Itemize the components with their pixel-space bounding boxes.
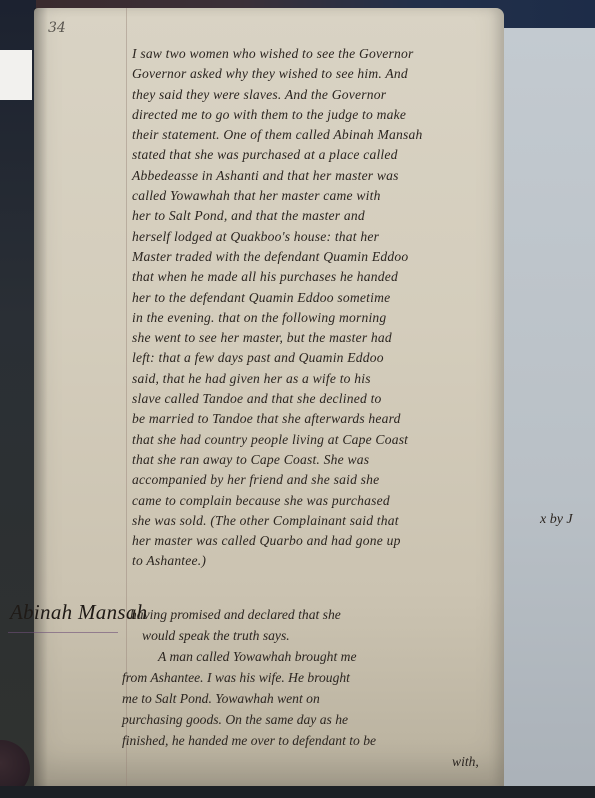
statement-line: left: that a few days past and Quamin Ed… — [132, 348, 492, 368]
statement-line: Abbedeasse in Ashanti and that her maste… — [132, 166, 492, 186]
testimony-line: from Ashantee. I was his wife. He brough… — [122, 667, 502, 688]
statement-line: they said they were slaves. And the Gove… — [132, 85, 492, 105]
statement-line: Governor asked why they wished to see hi… — [132, 64, 492, 84]
statement-line: slave called Tandoe and that she decline… — [132, 389, 492, 409]
testimony-line: having promised and declared that she — [122, 604, 502, 625]
statement-line: in the evening. that on the following mo… — [132, 308, 492, 328]
statement-line: their statement. One of them called Abin… — [132, 125, 492, 145]
statement-line: her to Salt Pond, and that the master an… — [132, 206, 492, 226]
statement-line: said, that he had given her as a wife to… — [132, 369, 492, 389]
marginal-note: x by J — [540, 512, 573, 528]
testimony-line: would speak the truth says. — [122, 625, 502, 646]
statement-line: Master traded with the defendant Quamin … — [132, 247, 492, 267]
statement-line: her master was called Quarbo and had gon… — [132, 531, 492, 551]
name-underline — [8, 632, 118, 633]
statement-line: that she ran away to Cape Coast. She was — [132, 450, 492, 470]
statement-line: she went to see her master, but the mast… — [132, 328, 492, 348]
statement-line: came to complain because she was purchas… — [132, 491, 492, 511]
facing-page: x by J — [498, 28, 595, 798]
background-left — [0, 0, 36, 798]
statement-line: directed me to go with them to the judge… — [132, 105, 492, 125]
statement-line: herself lodged at Quakboo's house: that … — [132, 227, 492, 247]
statement-line: accompanied by her friend and she said s… — [132, 470, 492, 490]
page-number: 34 — [48, 20, 66, 36]
testimony-text: having promised and declared that she wo… — [122, 604, 502, 772]
statement-line: her to the defendant Quamin Eddoo someti… — [132, 288, 492, 308]
testimony-line: finished, he handed me over to defendant… — [122, 730, 502, 751]
page-shadow — [34, 8, 48, 788]
testimony-line: A man called Yowawhah brought me — [122, 646, 502, 667]
statement-line: stated that she was purchased at a place… — [132, 145, 492, 165]
statement-line: called Yowawhah that her master came wit… — [132, 186, 492, 206]
statement-line: that she had country people living at Ca… — [132, 430, 492, 450]
testimony-line: me to Salt Pond. Yowawhah went on — [122, 688, 502, 709]
testimony-line: with, — [122, 751, 502, 772]
testimony-line: purchasing goods. On the same day as he — [122, 709, 502, 730]
statement-line: that when he made all his purchases he h… — [132, 267, 492, 287]
statement-line: I saw two women who wished to see the Go… — [132, 44, 492, 64]
bottom-shadow — [0, 786, 595, 798]
paper-scrap — [0, 50, 32, 100]
statement-line: be married to Tandoe that she afterwards… — [132, 409, 492, 429]
statement-text: I saw two women who wished to see the Go… — [132, 44, 492, 572]
statement-line: to Ashantee.) — [132, 551, 492, 571]
statement-line: she was sold. (The other Complainant sai… — [132, 511, 492, 531]
